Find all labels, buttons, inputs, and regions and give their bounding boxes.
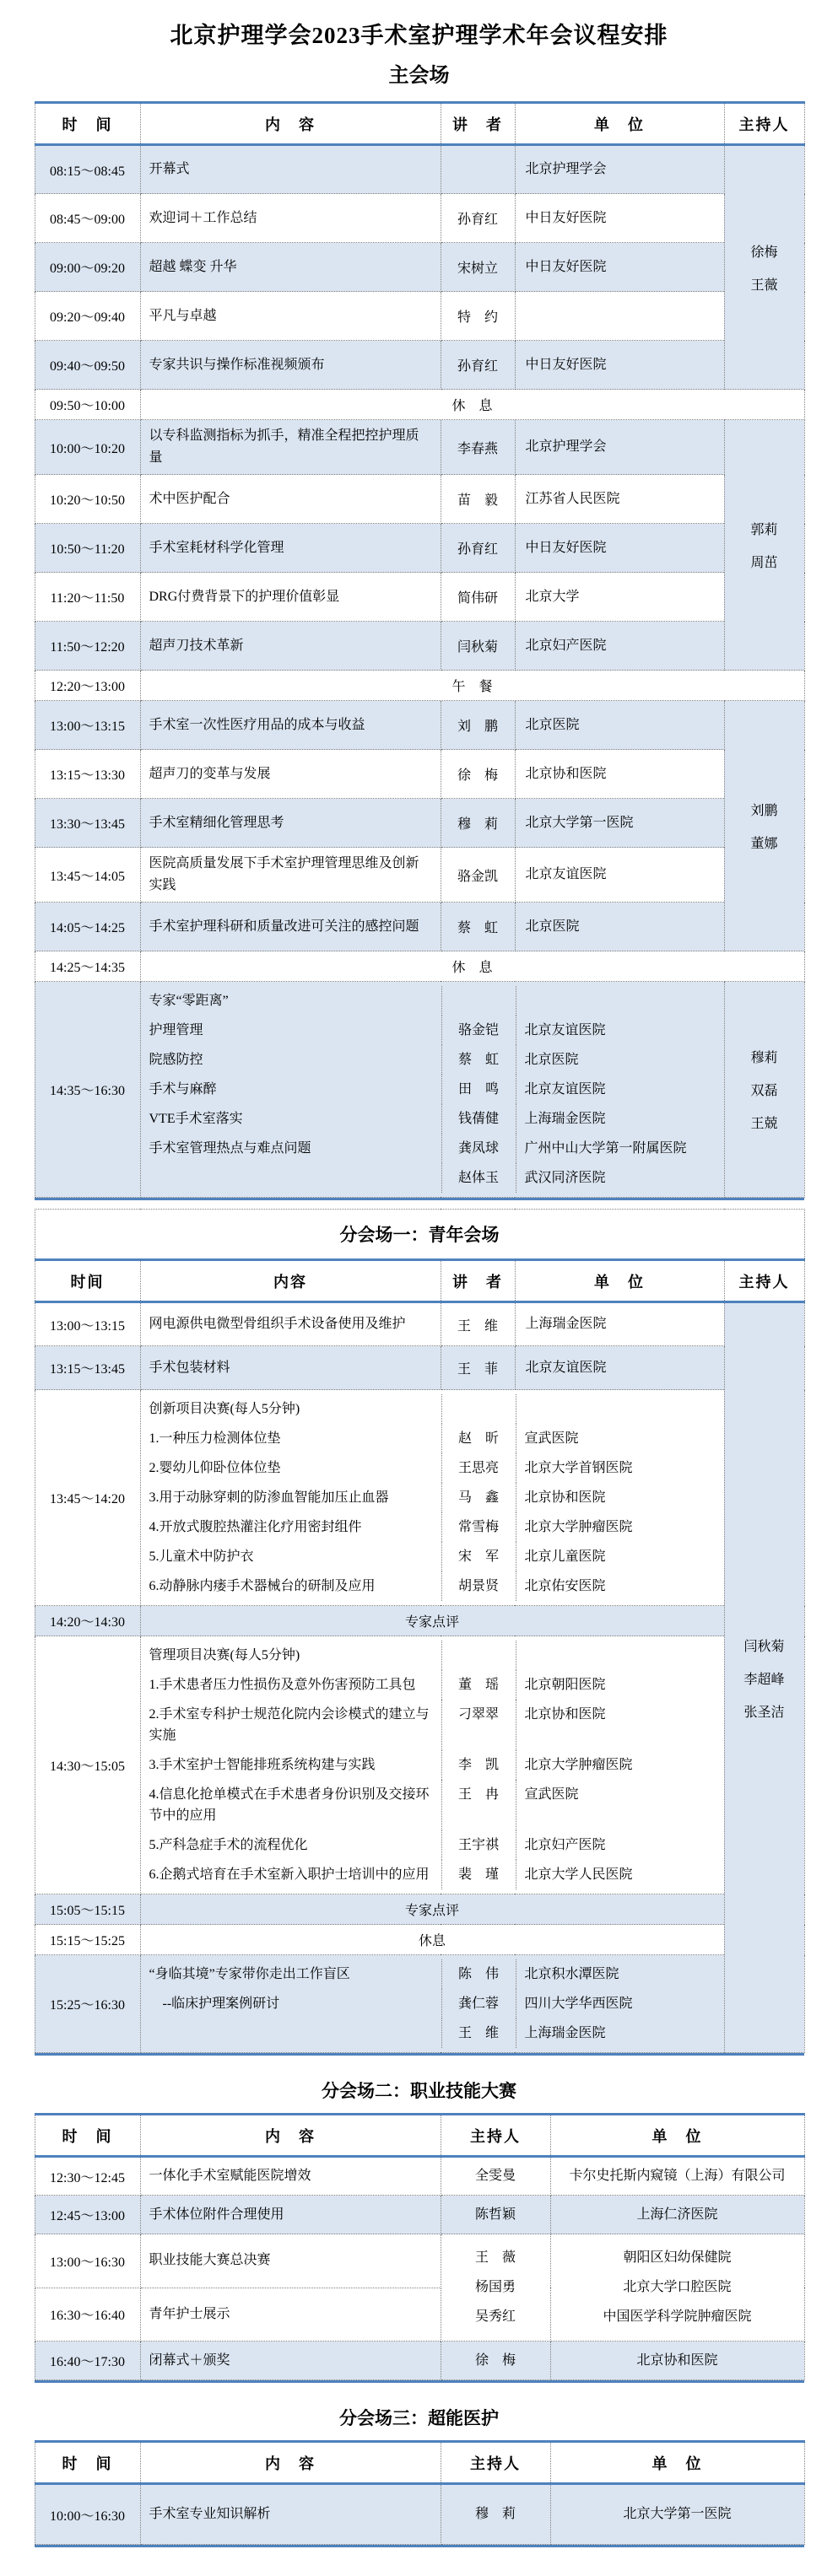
header-row: 时 间内 容主持人单 位: [35, 2442, 804, 2484]
agenda-item: 1.手术患者压力性损伤及意外伤害预防工具包董 瑶北京朝阳医院: [141, 1670, 724, 1700]
time-cell: 13:00～13:15: [35, 701, 140, 750]
table-wrap-sub1: 分会场一：青年会场时间内容讲 者单 位主持人13:00～13:15网电源供电微型…: [35, 1209, 804, 2056]
host-name: 李超峰: [727, 1668, 803, 1688]
item-content: [141, 1163, 441, 1193]
schedule-table-sub2: 时 间内 容主持人单 位12:30～12:45一体化手术室赋能医院增效全雯曼卡尔…: [35, 2113, 805, 2380]
item-unit: [516, 1394, 724, 1424]
column-header: 单 位: [515, 1260, 724, 1302]
items-cell: 专家“零距离”护理管理骆金铠北京友谊医院院感防控蔡 虹北京医院手术与麻醉田 鸣北…: [140, 982, 724, 1198]
unit-cell: 北京护理学会: [515, 420, 724, 475]
merged-line: 吴秀红: [443, 2306, 549, 2328]
merged-line: 中国医学科学院肿瘤医院: [556, 2306, 799, 2328]
header-row: 时间内容讲 者单 位主持人: [35, 1260, 804, 1302]
item-speaker: [441, 986, 516, 1016]
speaker-cell: 骆金凯: [441, 848, 515, 903]
span-cell: 专家点评: [140, 1894, 724, 1925]
content-cell: 专家共识与操作标准视频颁布: [140, 341, 441, 390]
sections-container: 主会场时 间内 容讲 者单 位主持人08:15～08:45开幕式北京护理学会徐梅…: [0, 58, 838, 2547]
item-content: [141, 2018, 441, 2048]
time-cell: 15:05～15:15: [35, 1894, 140, 1925]
section-sub2: 分会场二：职业技能大赛时 间内 容主持人单 位12:30～12:45一体化手术室…: [0, 2078, 838, 2383]
item-unit: 北京大学首钢医院: [516, 1453, 724, 1483]
time-cell: 13:00～13:15: [35, 1302, 140, 1346]
agenda-item: 赵体玉武汉同济医院: [141, 1163, 724, 1193]
speaker-cell: 闫秋菊: [441, 622, 515, 671]
unit-cell: 中日友好医院: [515, 341, 724, 390]
table-row: 13:00～16:30职业技能大赛总决赛王 薇杨国勇吴秀红朝阳区妇幼保健院北京大…: [35, 2234, 804, 2288]
span-cell: 专家点评: [140, 1606, 724, 1636]
item-content: 5.产科急症手术的流程优化: [141, 1830, 441, 1860]
content-cell: 手术包装材料: [140, 1346, 441, 1390]
agenda-item: 创新项目决赛(每人5分钟): [141, 1394, 724, 1424]
content-cell: 职业技能大赛总决赛: [140, 2234, 441, 2288]
table-row: 13:45～14:20创新项目决赛(每人5分钟)1.一种压力检测体位垫赵 昕宣武…: [35, 1390, 804, 1606]
item-content: VTE手术室落实: [141, 1104, 441, 1134]
table-row: 10:00～16:30手术室专业知识解析穆 莉北京大学第一医院: [35, 2484, 804, 2545]
merged-line: 杨国勇: [443, 2277, 549, 2298]
item-content: 2.手术室专科护士规范化院内会诊模式的建立与实施: [141, 1700, 441, 1750]
items-cell: 管理项目决赛(每人5分钟)1.手术患者压力性损伤及意外伤害预防工具包董 瑶北京朝…: [140, 1636, 724, 1894]
schedule-table-main: 时 间内 容讲 者单 位主持人08:15～08:45开幕式北京护理学会徐梅王薇0…: [35, 101, 805, 1198]
time-cell: 10:00～16:30: [35, 2484, 140, 2545]
time-cell: 09:40～09:50: [35, 341, 140, 390]
item-unit: [516, 986, 724, 1016]
item-content: 5.儿童术中防护衣: [141, 1542, 441, 1571]
item-unit: 北京协和医院: [516, 1483, 724, 1512]
time-cell: 13:15～13:45: [35, 1346, 140, 1390]
item-unit: 北京妇产医院: [516, 1830, 724, 1860]
item-unit: 北京大学肿瘤医院: [516, 1750, 724, 1780]
speaker-cell: 穆 莉: [441, 799, 515, 848]
section-title: 分会场三：超能医护: [0, 2405, 838, 2430]
unit-cell: 上海仁济医院: [550, 2196, 804, 2234]
host-cell: 全雯曼: [441, 2157, 550, 2196]
speaker-cell: 孙育红: [441, 194, 515, 243]
unit-cell: 朝阳区妇幼保健院北京大学口腔医院中国医学科学院肿瘤医院: [550, 2234, 804, 2342]
host-name: 闫秋菊: [727, 1636, 803, 1655]
unit-cell: 江苏省人民医院: [515, 475, 724, 524]
item-unit: 北京佑安医院: [516, 1571, 724, 1601]
item-unit: 北京朝阳医院: [516, 1670, 724, 1700]
host-name: 董娜: [727, 833, 803, 852]
host-cell: 徐梅王薇: [724, 145, 804, 390]
table-row: 08:15～08:45开幕式北京护理学会徐梅王薇: [35, 145, 804, 194]
content-cell: DRG付费背景下的护理价值彰显: [140, 573, 441, 622]
agenda-item: 3.用于动脉穿刺的防渗血智能加压止血器马 鑫北京协和医院: [141, 1483, 724, 1512]
item-unit: 武汉同济医院: [516, 1163, 724, 1193]
host-cell: 陈哲颖: [441, 2196, 550, 2234]
agenda-item: 专家“零距离”: [141, 986, 724, 1016]
time-cell: 14:05～14:25: [35, 903, 140, 951]
item-content: 院感防控: [141, 1045, 441, 1075]
item-speaker: 裴 瑾: [441, 1860, 516, 1889]
item-content: 2.婴幼儿仰卧位体位垫: [141, 1453, 441, 1483]
item-content: 4.开放式腹腔热灌注化疗用密封组件: [141, 1512, 441, 1542]
agenda-item: 院感防控蔡 虹北京医院: [141, 1045, 724, 1075]
item-content: 手术与麻醉: [141, 1075, 441, 1104]
agenda-item: “身临其境”专家带你走出工作盲区陈 伟北京积水潭医院: [141, 1959, 724, 1989]
speaker-cell: 徐 梅: [441, 750, 515, 799]
item-speaker: 王宇祺: [441, 1830, 516, 1860]
time-cell: 12:20～13:00: [35, 671, 140, 701]
merged-line: 王 薇: [443, 2247, 549, 2269]
speaker-cell: 简伟研: [441, 573, 515, 622]
unit-cell: 北京护理学会: [515, 145, 724, 194]
span-cell: 午 餐: [140, 671, 804, 701]
item-speaker: 王 维: [441, 2018, 516, 2048]
table-wrap-sub2: 时 间内 容主持人单 位12:30～12:45一体化手术室赋能医院增效全雯曼卡尔…: [35, 2113, 804, 2383]
content-cell: 平凡与卓越: [140, 292, 441, 341]
item-speaker: 马 鑫: [441, 1483, 516, 1512]
time-cell: 09:20～09:40: [35, 292, 140, 341]
table-row: 10:00～10:20以专科监测指标为抓手，精准全程把控护理质量李春燕北京护理学…: [35, 420, 804, 475]
table-row: 14:30～15:05管理项目决赛(每人5分钟)1.手术患者压力性损伤及意外伤害…: [35, 1636, 804, 1894]
agenda-item: 3.手术室护士智能排班系统构建与实践李 凯北京大学肿瘤医院: [141, 1750, 724, 1780]
item-speaker: 蔡 虹: [441, 1045, 516, 1075]
agenda-item: 4.信息化抢单模式在手术患者身份识别及交接环节中的应用王 冉宣武医院: [141, 1780, 724, 1830]
content-cell: 手术室耗材科学化管理: [140, 524, 441, 573]
content-cell: 开幕式: [140, 145, 441, 194]
content-cell: 青年护士展示: [140, 2288, 441, 2342]
unit-cell: 北京协和医院: [550, 2342, 804, 2380]
content-cell: 超越 蝶变 升华: [140, 243, 441, 292]
unit-cell: 中日友好医院: [515, 194, 724, 243]
time-cell: 11:50～12:20: [35, 622, 140, 671]
item-unit: 上海瑞金医院: [516, 1104, 724, 1134]
item-unit: 宣武医院: [516, 1424, 724, 1453]
speaker-cell: 王 菲: [441, 1346, 515, 1390]
section-main: 主会场时 间内 容讲 者单 位主持人08:15～08:45开幕式北京护理学会徐梅…: [0, 58, 838, 1200]
item-content: 管理项目决赛(每人5分钟): [141, 1641, 441, 1670]
column-header: 单 位: [550, 2115, 804, 2157]
item-content: --临床护理案例研讨: [141, 1989, 441, 2018]
table-row: 14:05～14:25手术室护理科研和质量改进可关注的感控问题蔡 虹北京医院: [35, 903, 804, 951]
merged-line: 北京大学口腔医院: [556, 2277, 799, 2298]
column-header: 时 间: [35, 2115, 140, 2157]
header-row: 时 间内 容讲 者单 位主持人: [35, 103, 804, 145]
section-title: 分会场一：青年会场: [35, 1210, 804, 1260]
table-row: 14:20～14:30专家点评: [35, 1606, 804, 1636]
span-cell: 休息: [140, 1925, 724, 1955]
host-name: 穆莉: [727, 1047, 803, 1066]
host-name: 双磊: [727, 1080, 803, 1099]
table-row: 09:00～09:20超越 蝶变 升华宋树立中日友好医院: [35, 243, 804, 292]
column-header: 主持人: [441, 2115, 550, 2157]
content-cell: 一体化手术室赋能医院增效: [140, 2157, 441, 2196]
host-cell: 郭莉周茁: [724, 420, 804, 671]
time-cell: 13:30～13:45: [35, 799, 140, 848]
content-cell: 超声刀的变革与发展: [140, 750, 441, 799]
section-title: 主会场: [0, 58, 838, 88]
host-name: 张圣洁: [727, 1701, 803, 1721]
agenda-item: 4.开放式腹腔热灌注化疗用密封组件常雪梅北京大学肿瘤医院: [141, 1512, 724, 1542]
item-content: 护理管理: [141, 1016, 441, 1045]
host-name: 王兢: [727, 1113, 803, 1132]
time-cell: 15:25～16:30: [35, 1955, 140, 2053]
time-cell: 14:35～16:30: [35, 982, 140, 1198]
speaker-cell: 李春燕: [441, 420, 515, 475]
time-cell: 13:45～14:05: [35, 848, 140, 903]
column-header: 内 容: [140, 103, 441, 145]
item-speaker: 李 凯: [441, 1750, 516, 1780]
item-speaker: 王 冉: [441, 1780, 516, 1830]
content-cell: 网电源供电微型骨组织手术设备使用及维护: [140, 1302, 441, 1346]
table-row: 10:20～10:50术中医护配合苗 毅江苏省人民医院: [35, 475, 804, 524]
unit-cell: 上海瑞金医院: [515, 1302, 724, 1346]
agenda-item: 2.手术室专科护士规范化院内会诊模式的建立与实施刁翠翠北京协和医院: [141, 1700, 724, 1750]
item-speaker: 刁翠翠: [441, 1700, 516, 1750]
speaker-cell: 宋树立: [441, 243, 515, 292]
merged-line: 朝阳区妇幼保健院: [556, 2247, 799, 2269]
agenda-item: 1.一种压力检测体位垫赵 昕宣武医院: [141, 1424, 724, 1453]
time-cell: 12:45～13:00: [35, 2196, 140, 2234]
item-speaker: 赵体玉: [441, 1163, 516, 1193]
time-cell: 14:20～14:30: [35, 1606, 140, 1636]
time-cell: 15:15～15:25: [35, 1925, 140, 1955]
column-header: 内 容: [140, 2115, 441, 2157]
item-unit: 北京友谊医院: [516, 1016, 724, 1045]
speaker-cell: 特 约: [441, 292, 515, 341]
speaker-cell: [441, 145, 515, 194]
column-header: 时 间: [35, 103, 140, 145]
time-cell: 12:30～12:45: [35, 2157, 140, 2196]
column-header: 主持人: [724, 103, 804, 145]
content-cell: 手术体位附件合理使用: [140, 2196, 441, 2234]
table-row: 11:20～11:50DRG付费背景下的护理价值彰显简伟研北京大学: [35, 573, 804, 622]
item-speaker: 宋 军: [441, 1542, 516, 1571]
table-row: 13:00～13:15手术室一次性医疗用品的成本与收益刘 鹏北京医院刘鹏董娜: [35, 701, 804, 750]
time-cell: 13:15～13:30: [35, 750, 140, 799]
item-speaker: 田 鸣: [441, 1075, 516, 1104]
table-row: 15:25～16:30“身临其境”专家带你走出工作盲区陈 伟北京积水潭医院 --…: [35, 1955, 804, 2053]
agenda-item: 5.儿童术中防护衣宋 军北京儿童医院: [141, 1542, 724, 1571]
speaker-cell: 王 维: [441, 1302, 515, 1346]
table-row: 14:35～16:30专家“零距离”护理管理骆金铠北京友谊医院院感防控蔡 虹北京…: [35, 982, 804, 1198]
item-content: “身临其境”专家带你走出工作盲区: [141, 1959, 441, 1989]
table-row: 09:50～10:00休 息: [35, 390, 804, 420]
agenda-item: 管理项目决赛(每人5分钟): [141, 1641, 724, 1670]
unit-cell: 北京医院: [515, 903, 724, 951]
content-cell: 超声刀技术革新: [140, 622, 441, 671]
time-cell: 10:00～10:20: [35, 420, 140, 475]
unit-cell: [515, 292, 724, 341]
host-name: 刘鹏: [727, 800, 803, 819]
table-row: 13:15～13:30超声刀的变革与发展徐 梅北京协和医院: [35, 750, 804, 799]
item-content: 手术室管理热点与难点问题: [141, 1134, 441, 1163]
table-row: 11:50～12:20超声刀技术革新闫秋菊北京妇产医院: [35, 622, 804, 671]
content-cell: 手术室专业知识解析: [140, 2484, 441, 2545]
column-header: 内 容: [140, 2442, 441, 2484]
items-cell: “身临其境”专家带你走出工作盲区陈 伟北京积水潭医院 --临床护理案例研讨龚仁蓉…: [140, 1955, 724, 2053]
agenda-item: 6.动静脉内瘘手术器械台的研制及应用胡景贤北京佑安医院: [141, 1571, 724, 1601]
speaker-cell: 孙育红: [441, 341, 515, 390]
unit-cell: 卡尔史托斯内窥镜（上海）有限公司: [550, 2157, 804, 2196]
item-unit: 北京大学肿瘤医院: [516, 1512, 724, 1542]
table-row: 13:30～13:45手术室精细化管理思考穆 莉北京大学第一医院: [35, 799, 804, 848]
host-name: 徐梅: [727, 241, 803, 261]
host-name: 郭莉: [727, 519, 803, 538]
time-cell: 08:15～08:45: [35, 145, 140, 194]
unit-cell: 中日友好医院: [515, 243, 724, 292]
item-unit: 北京协和医院: [516, 1700, 724, 1750]
agenda-item: VTE手术室落实钱蒨健上海瑞金医院: [141, 1104, 724, 1134]
schedule-table-sub1: 分会场一：青年会场时间内容讲 者单 位主持人13:00～13:15网电源供电微型…: [35, 1209, 805, 2053]
page-title: 北京护理学会2023手术室护理学术年会议程安排: [0, 17, 838, 50]
table-row: 09:40～09:50专家共识与操作标准视频颁布孙育红中日友好医院: [35, 341, 804, 390]
item-content: 创新项目决赛(每人5分钟): [141, 1394, 441, 1424]
unit-cell: 北京大学: [515, 573, 724, 622]
column-header: 时 间: [35, 2442, 140, 2484]
content-cell: 医院高质量发展下手术室护理管理思维及创新实践: [140, 848, 441, 903]
speaker-cell: 苗 毅: [441, 475, 515, 524]
item-unit: 广州中山大学第一附属医院: [516, 1134, 724, 1163]
unit-cell: 北京友谊医院: [515, 1346, 724, 1390]
content-cell: 手术室护理科研和质量改进可关注的感控问题: [140, 903, 441, 951]
item-speaker: 陈 伟: [441, 1959, 516, 1989]
item-unit: 北京积水潭医院: [516, 1959, 724, 1989]
host-cell: 刘鹏董娜: [724, 701, 804, 951]
content-cell: 欢迎词＋工作总结: [140, 194, 441, 243]
item-content: 3.用于动脉穿刺的防渗血智能加压止血器: [141, 1483, 441, 1512]
time-cell: 13:00～16:30: [35, 2234, 140, 2288]
schedule-table-sub3: 时 间内 容主持人单 位10:00～16:30手术室专业知识解析穆 莉北京大学第…: [35, 2440, 805, 2545]
time-cell: 14:25～14:35: [35, 951, 140, 982]
item-unit: [516, 1641, 724, 1670]
item-speaker: [441, 1641, 516, 1670]
section-title: 分会场二：职业技能大赛: [0, 2078, 838, 2103]
unit-cell: 北京医院: [515, 701, 724, 750]
unit-cell: 北京协和医院: [515, 750, 724, 799]
speaker-cell: 蔡 虹: [441, 903, 515, 951]
content-cell: 手术室一次性医疗用品的成本与收益: [140, 701, 441, 750]
agenda-item: 手术与麻醉田 鸣北京友谊医院: [141, 1075, 724, 1104]
agenda-item: 6.企鹅式培育在手术室新入职护士培训中的应用裴 瑾北京大学人民医院: [141, 1860, 724, 1889]
section-title-row: 分会场一：青年会场: [35, 1210, 804, 1260]
speaker-cell: 刘 鹏: [441, 701, 515, 750]
header-row: 时 间内 容主持人单 位: [35, 2115, 804, 2157]
table-row: 08:45～09:00欢迎词＋工作总结孙育红中日友好医院: [35, 194, 804, 243]
content-cell: 术中医护配合: [140, 475, 441, 524]
table-row: 13:00～13:15网电源供电微型骨组织手术设备使用及维护王 维上海瑞金医院闫…: [35, 1302, 804, 1346]
section-sub3: 分会场三：超能医护时 间内 容主持人单 位10:00～16:30手术室专业知识解…: [0, 2405, 838, 2547]
section-sub1: 分会场一：青年会场时间内容讲 者单 位主持人13:00～13:15网电源供电微型…: [0, 1209, 838, 2056]
agenda-item: 手术室管理热点与难点问题龚凤球广州中山大学第一附属医院: [141, 1134, 724, 1163]
table-row: 15:05～15:15专家点评: [35, 1894, 804, 1925]
item-speaker: 王思亮: [441, 1453, 516, 1483]
column-header: 讲 者: [441, 1260, 515, 1302]
item-content: 1.一种压力检测体位垫: [141, 1424, 441, 1453]
table-row: 13:45～14:05医院高质量发展下手术室护理管理思维及创新实践骆金凯北京友谊…: [35, 848, 804, 903]
time-cell: 10:50～11:20: [35, 524, 140, 573]
table-row: 16:40～17:30闭幕式＋颁奖徐 梅北京协和医院: [35, 2342, 804, 2380]
item-unit: 北京友谊医院: [516, 1075, 724, 1104]
speaker-cell: 孙育红: [441, 524, 515, 573]
item-content: 3.手术室护士智能排班系统构建与实践: [141, 1750, 441, 1780]
agenda-item: 5.产科急症手术的流程优化王宇祺北京妇产医院: [141, 1830, 724, 1860]
item-speaker: 胡景贤: [441, 1571, 516, 1601]
item-speaker: 董 瑶: [441, 1670, 516, 1700]
content-cell: 闭幕式＋颁奖: [140, 2342, 441, 2380]
time-cell: 08:45～09:00: [35, 194, 140, 243]
item-speaker: 骆金铠: [441, 1016, 516, 1045]
table-wrap-main: 时 间内 容讲 者单 位主持人08:15～08:45开幕式北京护理学会徐梅王薇0…: [35, 101, 804, 1200]
host-cell: 闫秋菊李超峰张圣洁: [724, 1302, 804, 2053]
host-cell: 王 薇杨国勇吴秀红: [441, 2234, 550, 2342]
time-cell: 09:00～09:20: [35, 243, 140, 292]
column-header: 讲 者: [441, 103, 515, 145]
table-row: 13:15～13:45手术包装材料王 菲北京友谊医院: [35, 1346, 804, 1390]
host-name: 周茁: [727, 552, 803, 571]
span-cell: 休 息: [140, 390, 804, 420]
time-cell: 14:30～15:05: [35, 1636, 140, 1894]
agenda-item: 2.婴幼儿仰卧位体位垫王思亮北京大学首钢医院: [141, 1453, 724, 1483]
table-row: 10:50～11:20手术室耗材科学化管理孙育红中日友好医院: [35, 524, 804, 573]
item-speaker: 钱蒨健: [441, 1104, 516, 1134]
item-unit: 宣武医院: [516, 1780, 724, 1830]
time-cell: 16:30～16:40: [35, 2288, 140, 2342]
page: 北京护理学会2023手术室护理学术年会议程安排 主会场时 间内 容讲 者单 位主…: [0, 0, 838, 2576]
time-cell: 11:20～11:50: [35, 573, 140, 622]
item-unit: 北京儿童医院: [516, 1542, 724, 1571]
item-content: 6.企鹅式培育在手术室新入职护士培训中的应用: [141, 1860, 441, 1889]
agenda-item: --临床护理案例研讨龚仁蓉四川大学华西医院: [141, 1989, 724, 2018]
table-row: 14:25～14:35休 息: [35, 951, 804, 982]
content-cell: 手术室精细化管理思考: [140, 799, 441, 848]
column-header: 主持人: [724, 1260, 804, 1302]
unit-cell: 北京妇产医院: [515, 622, 724, 671]
item-unit: 北京医院: [516, 1045, 724, 1075]
time-cell: 16:40～17:30: [35, 2342, 140, 2380]
table-row: 12:20～13:00午 餐: [35, 671, 804, 701]
item-speaker: 龚凤球: [441, 1134, 516, 1163]
column-header: 单 位: [550, 2442, 804, 2484]
table-row: 15:15～15:25休息: [35, 1925, 804, 1955]
content-cell: 以专科监测指标为抓手，精准全程把控护理质量: [140, 420, 441, 475]
host-cell: 徐 梅: [441, 2342, 550, 2380]
agenda-item: 护理管理骆金铠北京友谊医院: [141, 1016, 724, 1045]
item-unit: 四川大学华西医院: [516, 1989, 724, 2018]
item-speaker: 常雪梅: [441, 1512, 516, 1542]
unit-cell: 北京大学第一医院: [515, 799, 724, 848]
item-speaker: 赵 昕: [441, 1424, 516, 1453]
table-wrap-sub3: 时 间内 容主持人单 位10:00～16:30手术室专业知识解析穆 莉北京大学第…: [35, 2440, 804, 2547]
unit-cell: 北京大学第一医院: [550, 2484, 804, 2545]
span-cell: 休 息: [140, 951, 804, 982]
table-row: 12:45～13:00手术体位附件合理使用陈哲颖上海仁济医院: [35, 2196, 804, 2234]
host-cell: 穆莉双磊王兢: [724, 982, 804, 1198]
column-header: 主持人: [441, 2442, 550, 2484]
table-row: 12:30～12:45一体化手术室赋能医院增效全雯曼卡尔史托斯内窥镜（上海）有限…: [35, 2157, 804, 2196]
item-content: 6.动静脉内瘘手术器械台的研制及应用: [141, 1571, 441, 1601]
unit-cell: 北京友谊医院: [515, 848, 724, 903]
item-content: 1.手术患者压力性损伤及意外伤害预防工具包: [141, 1670, 441, 1700]
item-unit: 北京大学人民医院: [516, 1860, 724, 1889]
time-cell: 10:20～10:50: [35, 475, 140, 524]
column-header: 单 位: [515, 103, 724, 145]
item-content: 专家“零距离”: [141, 986, 441, 1016]
item-speaker: [441, 1394, 516, 1424]
unit-cell: 中日友好医院: [515, 524, 724, 573]
table-row: 09:20～09:40平凡与卓越特 约: [35, 292, 804, 341]
time-cell: 13:45～14:20: [35, 1390, 140, 1606]
item-unit: 上海瑞金医院: [516, 2018, 724, 2048]
item-content: 4.信息化抢单模式在手术患者身份识别及交接环节中的应用: [141, 1780, 441, 1830]
host-name: 王薇: [727, 274, 803, 294]
item-speaker: 龚仁蓉: [441, 1989, 516, 2018]
column-header: 内容: [140, 1260, 441, 1302]
column-header: 时间: [35, 1260, 140, 1302]
agenda-item: 王 维上海瑞金医院: [141, 2018, 724, 2048]
